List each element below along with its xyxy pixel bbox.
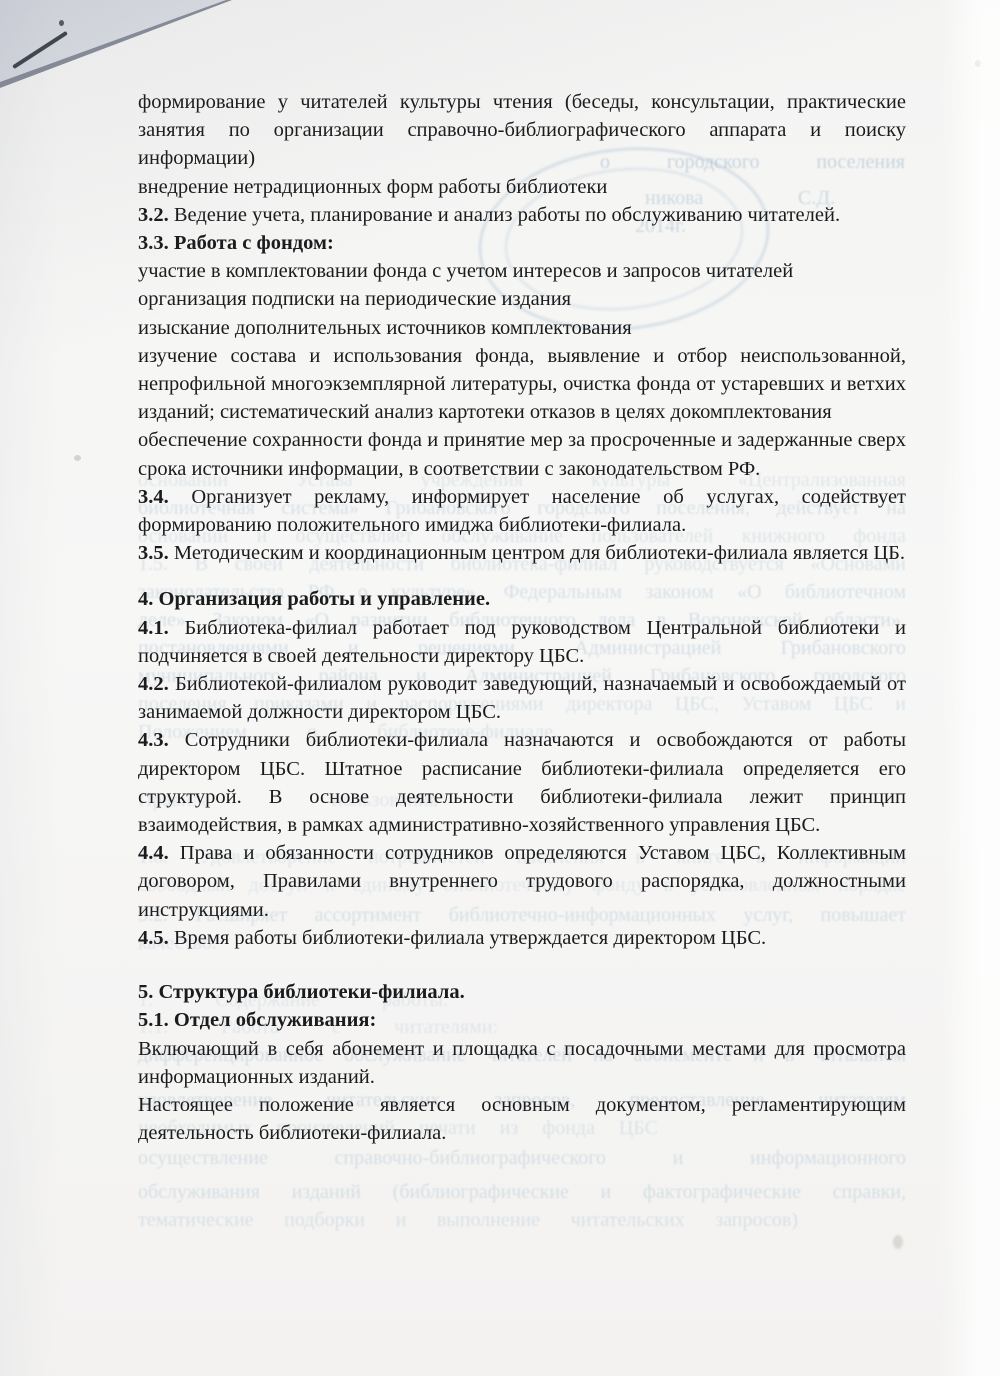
paragraph: обеспечение сохранности фонда и принятие… (138, 426, 906, 482)
paragraph: 3.5. Методическим и координационным цент… (138, 539, 906, 567)
paragraph: организация подписки на периодические из… (138, 285, 906, 313)
paper-speck (975, 60, 981, 67)
paragraph: внедрение нетрадиционных форм работы биб… (138, 173, 906, 201)
section-heading: 4. Организация работы и управление. (138, 585, 906, 613)
paragraph: изучение состава и использования фонда, … (138, 342, 906, 427)
paragraph: 3.4. Организует рекламу, информирует нас… (138, 483, 906, 539)
section-heading: 3.3. Работа с фондом: (138, 229, 906, 257)
paragraph: Включающий в себя абонемент и площадка с… (138, 1035, 906, 1091)
bleedthrough-text-line: тематические подборки и выполнение читат… (138, 1208, 798, 1234)
bleedthrough-text-line: обслуживания изданий (библиографические … (138, 1180, 906, 1206)
paragraph: 4.3. Сотрудники библиотеки-филиала назна… (138, 726, 906, 839)
paragraph: 3.2. Ведение учета, планирование и анали… (138, 201, 906, 229)
section-heading: 5.1. Отдел обслуживания: (138, 1006, 906, 1034)
paragraph: 4.2. Библиотекой-филиалом руководит заве… (138, 670, 906, 726)
section-number: 3.2. (138, 204, 174, 226)
paper-speck (74, 455, 81, 461)
section-number: 4. (138, 588, 159, 610)
paragraph: 4.1. Библиотека-филиал работает под руко… (138, 614, 906, 670)
section-number: 4.4. (138, 842, 180, 864)
paper-speck (59, 20, 64, 26)
section-number: 3.4. (138, 486, 191, 508)
paragraph: Настоящее положение является основным до… (138, 1091, 906, 1147)
bleedthrough-text-line: осуществление справочно-библиографическо… (138, 1146, 906, 1172)
document-text: формирование у читателей культуры чтения… (138, 88, 906, 1147)
section-number: 5. (138, 981, 159, 1003)
section-number: 3.3. (138, 232, 174, 254)
section-number: 4.5. (138, 927, 174, 949)
section-number: 4.3. (138, 729, 185, 751)
section-number: 4.2. (138, 673, 175, 695)
section-heading: 5. Структура библиотеки-филиала. (138, 978, 906, 1006)
paragraph: участие в комплектовании фонда с учетом … (138, 257, 906, 285)
section-number: 3.5. (138, 542, 174, 564)
section-number: 4.1. (138, 617, 185, 639)
paragraph: изыскание дополнительных источников комп… (138, 314, 906, 342)
paragraph: 4.4. Права и обязанности сотрудников опр… (138, 839, 906, 924)
paper-smudge (893, 1235, 903, 1249)
paragraph: формирование у читателей культуры чтения… (138, 88, 906, 173)
scanned-document-page: о городского поселенияникова С.Д.2014г.о… (0, 0, 1000, 1376)
paragraph: 4.5. Время работы библиотеки-филиала утв… (138, 924, 906, 952)
section-number: 5.1. (138, 1009, 174, 1031)
